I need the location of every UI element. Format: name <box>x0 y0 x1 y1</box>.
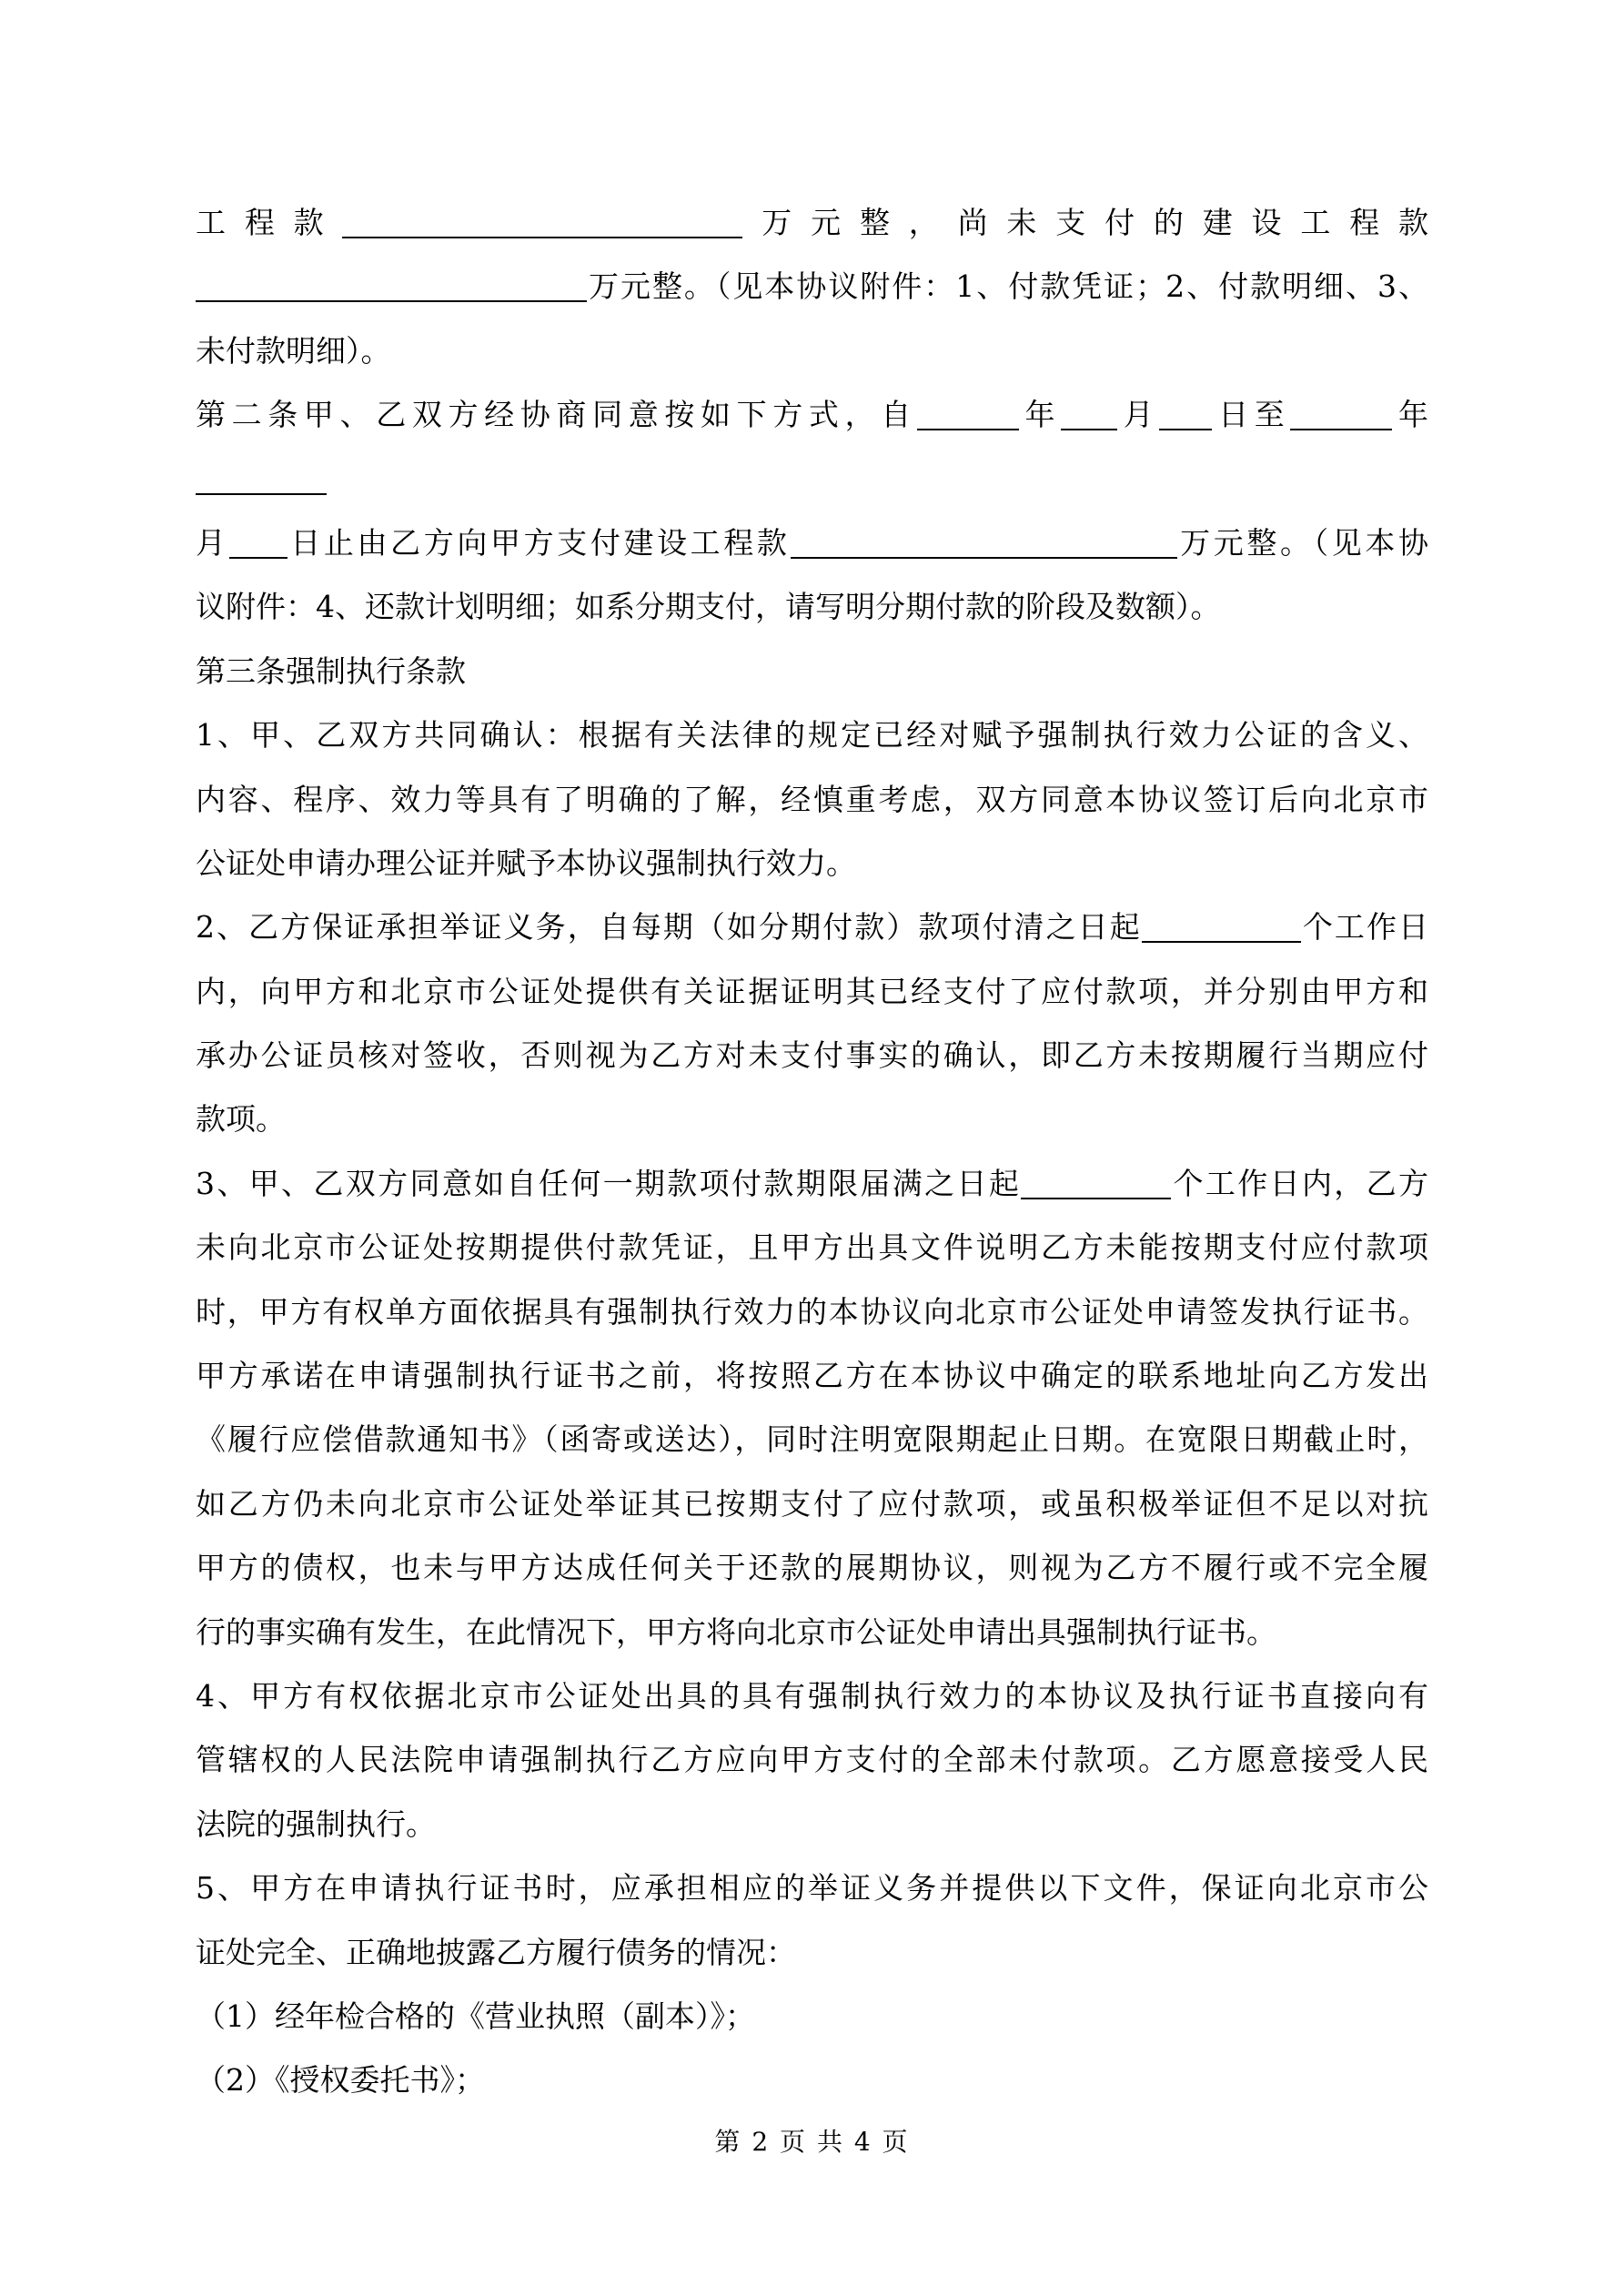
text-run: 未付款明细）。 <box>196 333 391 369</box>
text-run: 日止由乙方向甲方支付建设工程款 <box>287 525 791 561</box>
fill-in-blank <box>1061 397 1117 430</box>
text-run: 未向北京市公证处按期提供付款凭证，且甲方出具文件说明乙方未能按期支付应付款项 <box>196 1229 1428 1265</box>
document-line: 内，向甲方和北京市公证处提供有关证据证明其已经支付了应付款项，并分别由甲方和 <box>196 960 1428 1024</box>
document-line: 4、甲方有权依据北京市公证处出具的具有强制执行效力的本协议及执行证书直接向有 <box>196 1664 1428 1728</box>
document-line: 2、乙方保证承担举证义务，自每期（如分期付款）款项付清之日起个工作日 <box>196 895 1428 959</box>
fill-in-blank <box>1021 1166 1171 1199</box>
document-line: 未付款明细）。 <box>196 319 1428 383</box>
text-run: 第二条甲、乙双方经协商同意按如下方式，自 <box>196 397 917 432</box>
text-run: 款项。 <box>196 1101 286 1137</box>
text-run: 管辖权的人民法院申请强制执行乙方应向甲方支付的全部未付款项。乙方愿意接受人民 <box>196 1742 1428 1777</box>
text-run: （2）《授权委托书》； <box>196 2062 485 2098</box>
text-run: 年 <box>1019 397 1061 432</box>
text-run: 年 <box>1392 397 1428 432</box>
text-run: 日至 <box>1212 397 1290 432</box>
fill-in-blank <box>1159 397 1212 430</box>
document-line: 行的事实确有发生，在此情况下，甲方将向北京市公证处申请出具强制执行证书。 <box>196 1601 1428 1664</box>
document-line: 款项。 <box>196 1087 1428 1151</box>
text-run: 工程款 <box>196 205 342 240</box>
text-run: 个工作日内，乙方 <box>1171 1166 1428 1201</box>
document-line: 甲方的债权，也未与甲方达成任何关于还款的展期协议，则视为乙方不履行或不完全履 <box>196 1536 1428 1600</box>
document-line: 万元整。（见本协议附件：1、付款凭证；2、付款明细、3、 <box>196 255 1428 319</box>
document-line: 法院的强制执行。 <box>196 1793 1428 1856</box>
text-run: 万元整，尚未支付的建设工程款 <box>742 205 1428 240</box>
document-line: 工程款万元整，尚未支付的建设工程款 <box>196 191 1428 255</box>
fill-in-blank <box>1290 397 1392 430</box>
text-run: 内，向甲方和北京市公证处提供有关证据证明其已经支付了应付款项，并分别由甲方和 <box>196 974 1428 1009</box>
document-line: 时，甲方有权单方面依据具有强制执行效力的本协议向北京市公证处申请签发执行证书。 <box>196 1280 1428 1344</box>
text-run: 议附件：4、还款计划明细；如系分期支付，请写明分期付款的阶段及数额）。 <box>196 589 1221 624</box>
text-run: 如乙方仍未向北京市公证处举证其已按期支付了应付款项，或虽积极举证但不足以对抗 <box>196 1486 1428 1522</box>
document-line: 1、甲、乙双方共同确认：根据有关法律的规定已经对赋予强制执行效力公证的含义、 <box>196 703 1428 767</box>
fill-in-blank <box>1142 910 1301 944</box>
text-run: 3、甲、乙双方同意如自任何一期款项付款期限届满之日起 <box>196 1166 1021 1201</box>
text-run: 第三条强制执行条款 <box>196 653 466 689</box>
text-run: 《履行应偿借款通知书》（函寄或送达），同时注明宽限期起止日期。在宽限日期截止时， <box>196 1421 1428 1457</box>
text-run: 法院的强制执行。 <box>196 1806 436 1842</box>
fill-in-blank <box>917 397 1019 430</box>
text-run: 个工作日 <box>1301 909 1428 945</box>
fill-in-blank <box>196 269 587 303</box>
document-line: 3、甲、乙双方同意如自任何一期款项付款期限届满之日起个工作日内，乙方 <box>196 1152 1428 1216</box>
text-run: 内容、程序、效力等具有了明确的了解，经慎重考虑，双方同意本协议签订后向北京市 <box>196 782 1428 817</box>
document-line: 未向北京市公证处按期提供付款凭证，且甲方出具文件说明乙方未能按期支付应付款项 <box>196 1216 1428 1279</box>
document-body: 工程款万元整，尚未支付的建设工程款万元整。（见本协议附件：1、付款凭证；2、付款… <box>196 191 1428 2113</box>
document-line: 证处完全、正确地披露乙方履行债务的情况： <box>196 1921 1428 1985</box>
document-line: 第三条强制执行条款 <box>196 640 1428 703</box>
fill-in-blank <box>229 525 287 559</box>
document-line: 5、甲方在申请执行证书时，应承担相应的举证义务并提供以下文件，保证向北京市公 <box>196 1856 1428 1920</box>
document-line: 第二条甲、乙双方经协商同意按如下方式，自年月日至年 <box>196 383 1428 447</box>
text-run: 时，甲方有权单方面依据具有强制执行效力的本协议向北京市公证处申请签发执行证书。 <box>196 1294 1428 1330</box>
document-line: 管辖权的人民法院申请强制执行乙方应向甲方支付的全部未付款项。乙方愿意接受人民 <box>196 1728 1428 1792</box>
document-line: 公证处申请办理公证并赋予本协议强制执行效力。 <box>196 832 1428 895</box>
document-line: 月日止由乙方向甲方支付建设工程款万元整。（见本协 <box>196 511 1428 575</box>
document-line: 议附件：4、还款计划明细；如系分期支付，请写明分期付款的阶段及数额）。 <box>196 575 1428 639</box>
text-run: 承办公证员核对签收，否则视为乙方对未支付事实的确认，即乙方未按期履行当期应付 <box>196 1037 1428 1073</box>
text-run: 甲方承诺在申请强制执行证书之前，将按照乙方在本协议中确定的联系地址向乙方发出 <box>196 1358 1428 1393</box>
document-line: 甲方承诺在申请强制执行证书之前，将按照乙方在本协议中确定的联系地址向乙方发出 <box>196 1344 1428 1408</box>
text-run: 月 <box>196 525 229 561</box>
page-footer: 第 2 页 共 4 页 <box>0 2124 1624 2160</box>
document-line: 内容、程序、效力等具有了明确的了解，经慎重考虑，双方同意本协议签订后向北京市 <box>196 768 1428 832</box>
document-line: 《履行应偿借款通知书》（函寄或送达），同时注明宽限期起止日期。在宽限日期截止时， <box>196 1408 1428 1472</box>
text-run: 行的事实确有发生，在此情况下，甲方将向北京市公证处申请出具强制执行证书。 <box>196 1614 1276 1650</box>
document-page: 工程款万元整，尚未支付的建设工程款万元整。（见本协议附件：1、付款凭证；2、付款… <box>0 0 1624 2296</box>
text-run: 万元整。（见本协议附件：1、付款凭证；2、付款明细、3、 <box>587 268 1428 304</box>
text-run: 证处完全、正确地披露乙方履行债务的情况： <box>196 1935 796 1970</box>
fill-in-blank <box>196 461 327 495</box>
fill-in-blank <box>791 525 1177 559</box>
text-run: （1）经年检合格的《营业执照（副本）》； <box>196 1998 755 2034</box>
text-run: 月 <box>1117 397 1159 432</box>
text-run: 1、甲、乙双方共同确认：根据有关法律的规定已经对赋予强制执行效力公证的含义、 <box>196 717 1428 753</box>
text-run: 甲方的债权，也未与甲方达成任何关于还款的展期协议，则视为乙方不履行或不完全履 <box>196 1550 1428 1585</box>
text-run: 4、甲方有权依据北京市公证处出具的具有强制执行效力的本协议及执行证书直接向有 <box>196 1678 1428 1714</box>
text-run: 万元整。（见本协 <box>1177 525 1428 561</box>
document-line: （2）《授权委托书》； <box>196 2048 1428 2112</box>
text-run: 公证处申请办理公证并赋予本协议强制执行效力。 <box>196 845 856 881</box>
text-run: 5、甲方在申请执行证书时，应承担相应的举证义务并提供以下文件，保证向北京市公 <box>196 1870 1428 1906</box>
fill-in-blank <box>342 205 742 238</box>
document-line: 如乙方仍未向北京市公证处举证其已按期支付了应付款项，或虽积极举证但不足以对抗 <box>196 1472 1428 1536</box>
document-line <box>196 448 1428 511</box>
document-line: 承办公证员核对签收，否则视为乙方对未支付事实的确认，即乙方未按期履行当期应付 <box>196 1024 1428 1087</box>
text-run: 2、乙方保证承担举证义务，自每期（如分期付款）款项付清之日起 <box>196 909 1142 945</box>
document-line: （1）经年检合格的《营业执照（副本）》； <box>196 1985 1428 2048</box>
